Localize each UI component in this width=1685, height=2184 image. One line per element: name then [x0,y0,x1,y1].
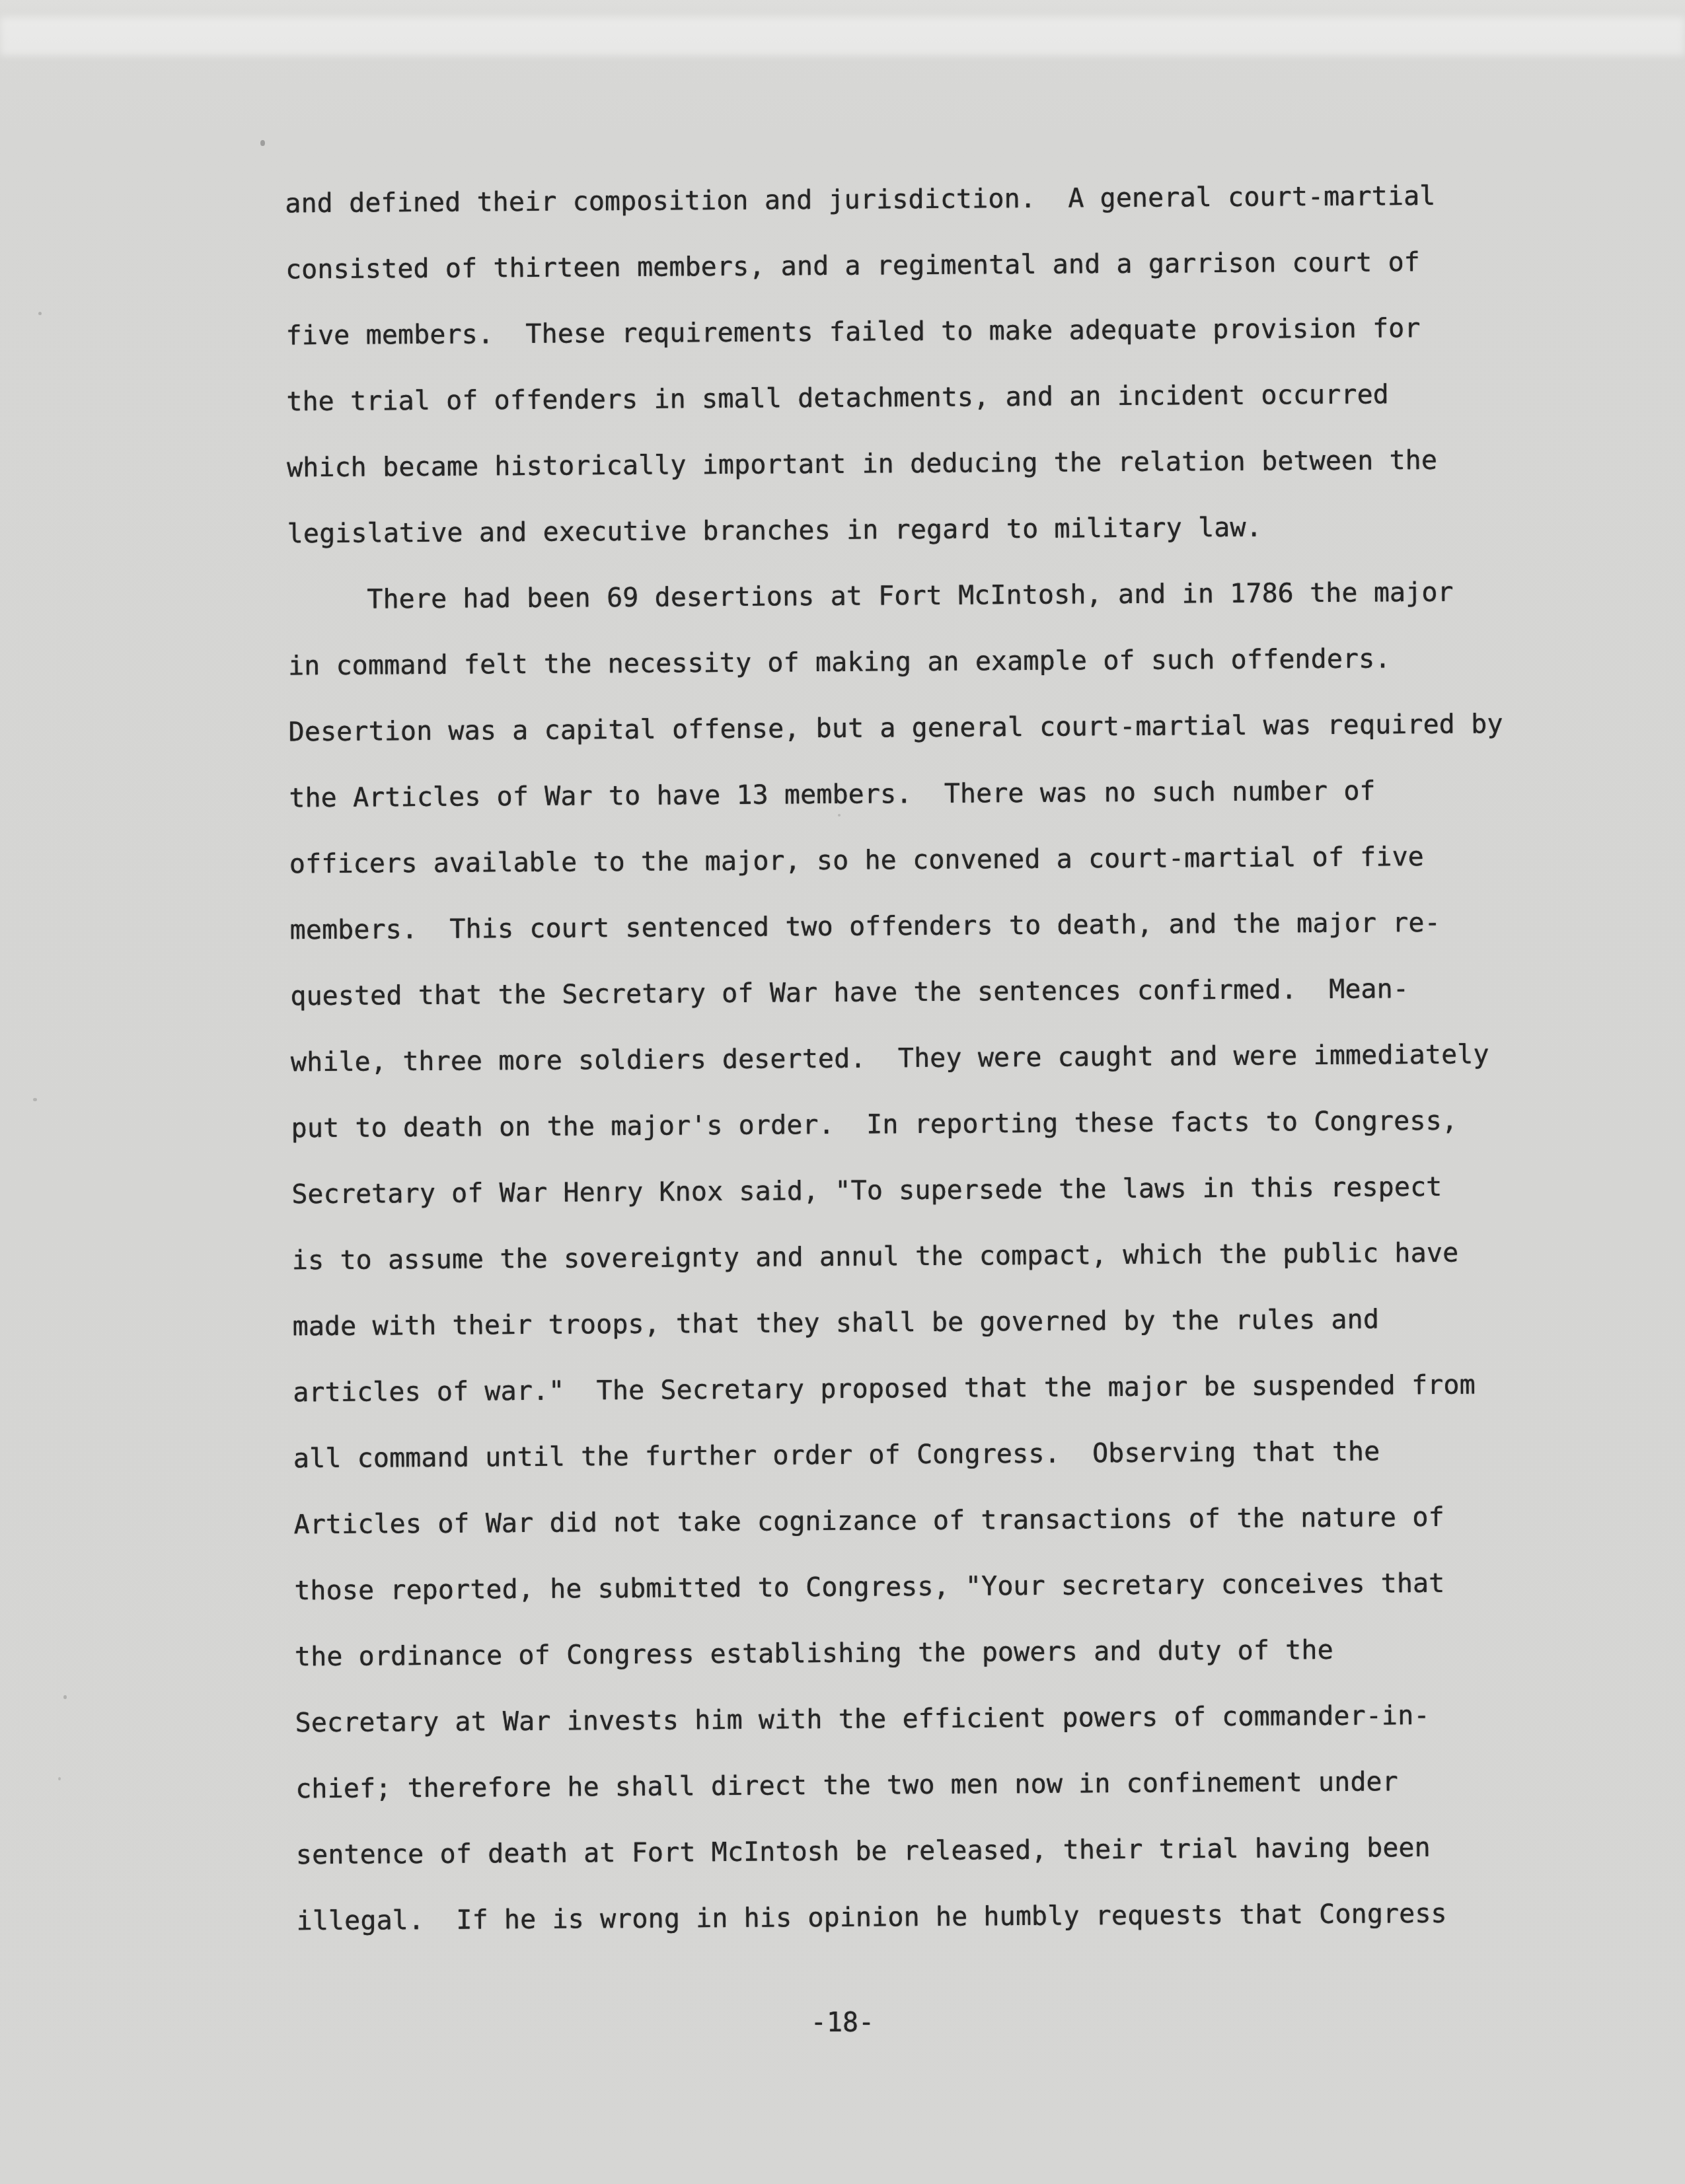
text-line: is to assume the sovereignty and annul t… [292,1219,1561,1294]
text-line: which became historically important in d… [287,427,1556,501]
text-line: while, three more soldiers deserted. The… [291,1021,1560,1096]
scan-speck [58,1777,61,1780]
text-line: members. This court sentenced two offend… [289,889,1559,964]
text-line: consisted of thirteen members, and a reg… [285,229,1555,303]
text-line: and defined their composition and jurisd… [285,163,1554,237]
text-line: five members. These requirements failed … [285,295,1555,369]
text-line: officers available to the major, so he c… [289,823,1559,898]
text-line: legislative and executive branches in re… [287,493,1556,567]
text-line: the ordinance of Congress establishing t… [295,1616,1564,1691]
text-line: chief; therefore he shall direct the two… [295,1748,1565,1823]
text-line: the Articles of War to have 13 members. … [289,757,1558,832]
text-line: the trial of offenders in small detachme… [286,361,1555,435]
text-line: Secretary at War invests him with the ef… [295,1682,1564,1757]
text-line: all command until the further order of C… [293,1418,1563,1492]
text-line: sentence of death at Fort McIntosh be re… [296,1814,1565,1889]
text-line: quested that the Secretary of War have t… [290,955,1559,1030]
text-line: illegal. If he is wrong in his opinion h… [296,1880,1565,1955]
typewritten-text-block: and defined their composition and jurisd… [285,163,1565,1955]
text-line: in command felt the necessity of making … [288,625,1557,700]
text-line: Desertion was a capital offense, but a g… [288,691,1557,766]
text-line: Secretary of War Henry Knox said, "To su… [291,1153,1561,1228]
scan-speck [38,312,42,315]
scan-edge-band [0,17,1685,55]
page-number: -18- [0,1990,1685,2056]
text-line: made with their troops, that they shall … [292,1286,1561,1360]
scan-speck [33,1098,37,1101]
scan-speck [838,814,841,817]
text-line: articles of war." The Secretary proposed… [293,1352,1562,1426]
text-line: Articles of War did not take cognizance … [293,1484,1563,1558]
document-page: and defined their composition and jurisd… [0,0,1685,2184]
text-line: put to death on the major's order. In re… [291,1087,1560,1162]
scan-speck [63,1695,67,1699]
text-line: those reported, he submitted to Congress… [294,1550,1563,1624]
text-line: There had been 69 desertions at Fort McI… [287,559,1557,634]
scan-speck [260,140,265,146]
